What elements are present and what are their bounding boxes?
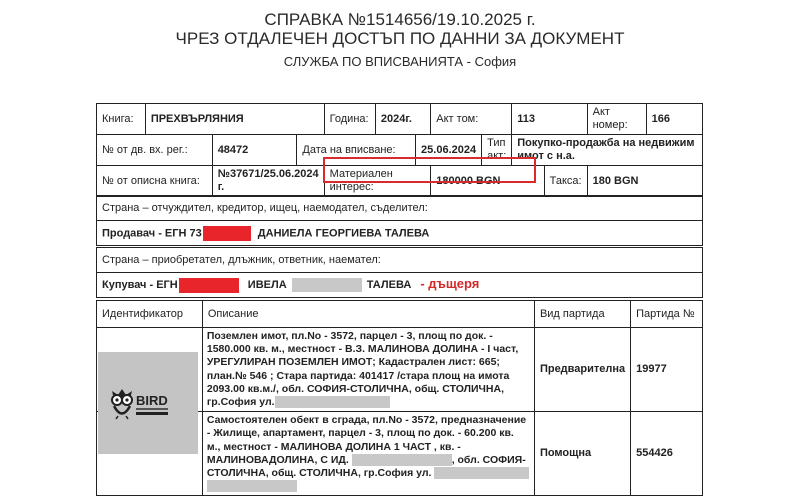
book-label: Книга: [97, 104, 146, 135]
seller-party-table: Страна – отчуждител, кредитор, ищец, нае… [96, 195, 703, 246]
act-volume-value: 113 [512, 104, 587, 135]
redacted-egn [203, 226, 251, 241]
seller-heading: Страна – отчуждител, кредитор, ищец, нае… [97, 196, 703, 221]
redacted-street [434, 467, 529, 479]
col-partida-number: Партида № [631, 301, 703, 328]
redacted-id [352, 454, 452, 466]
entry-date-value: 25.06.2024 [416, 135, 482, 166]
act-type-value: Покупко-продажба на недвижим имот с н.а. [512, 135, 703, 166]
col-identifier: Идентификатор [97, 301, 203, 328]
col-partida-type: Вид партида [534, 301, 630, 328]
year-value: 2024г. [375, 104, 430, 135]
redacted-street [275, 396, 390, 408]
buyer-last-name: ТАЛЕВА [367, 279, 412, 291]
property-description: Поземлен имот, пл.No - 3572, парцел - 3,… [202, 328, 534, 412]
inventory-label: № от описна книга: [97, 166, 213, 197]
entry-date-label: Дата на вписване: [297, 135, 416, 166]
partida-type: Предварителна [534, 328, 630, 412]
document-meta-table: Книга: ПРЕХВЪРЛЯНИЯ Година: 2024г. Акт т… [96, 103, 703, 197]
owl-icon: BIRD [108, 385, 188, 421]
book-value: ПРЕХВЪРЛЯНИЯ [145, 104, 324, 135]
redacted-middle-name [292, 278, 362, 292]
registry-office: СЛУЖБА ПО ВПИСВАНИЯТА - София [0, 54, 800, 69]
year-label: Година: [324, 104, 375, 135]
buyer-heading: Страна – приобретател, длъжник, ответник… [97, 248, 703, 273]
buyer-annotation: - дъщеря [420, 276, 479, 291]
act-type-label: Тип акт: [482, 135, 512, 166]
partida-type: Помощна [534, 412, 630, 496]
report-title: СПРАВКА №1514656/19.10.2025 г. [0, 10, 800, 30]
act-volume-label: Акт том: [431, 104, 512, 135]
act-number-value: 166 [646, 104, 702, 135]
col-description: Описание [202, 301, 534, 328]
act-number-label: Акт номер: [587, 104, 646, 135]
material-interest-value: 180000 BGN [431, 166, 544, 197]
redacted-street-cont [207, 480, 297, 492]
partida-number: 554426 [631, 412, 703, 496]
buyer-row: Купувач - ЕГН ИВЕЛА ТАЛЕВА - дъщеря [97, 273, 703, 298]
seller-prefix: Продавач - ЕГН 73 [102, 227, 202, 239]
material-interest-label: Материален интерес: [324, 166, 431, 197]
fee-value: 180 BGN [587, 166, 702, 197]
buyer-first-name: ИВЕЛА [248, 279, 287, 291]
seller-row: Продавач - ЕГН 73 ДАНИЕЛА ГЕОРГИЕВА ТАЛЕ… [97, 221, 703, 246]
property-description: Самостоятелен обект в сграда, пл.No - 35… [202, 412, 534, 496]
reg-value: 48472 [212, 135, 297, 166]
redacted-egn [179, 278, 239, 293]
seller-name: ДАНИЕЛА ГЕОРГИЕВА ТАЛЕВА [258, 227, 430, 239]
report-subtitle: ЧРЕЗ ОТДАЛЕЧЕН ДОСТЪП ПО ДАННИ ЗА ДОКУМЕ… [0, 29, 800, 49]
inventory-value: №37671/25.06.2024 г. [212, 166, 324, 197]
buyer-prefix: Купувач - ЕГН [102, 279, 178, 291]
svg-text:BIRD: BIRD [136, 393, 168, 408]
bird-watermark-logo: BIRD [98, 352, 198, 454]
buyer-party-table: Страна – приобретател, длъжник, ответник… [96, 247, 703, 298]
fee-label: Такса: [544, 166, 587, 197]
partida-number: 19977 [631, 328, 703, 412]
reg-label: № от дв. вх. рег.: [97, 135, 213, 166]
